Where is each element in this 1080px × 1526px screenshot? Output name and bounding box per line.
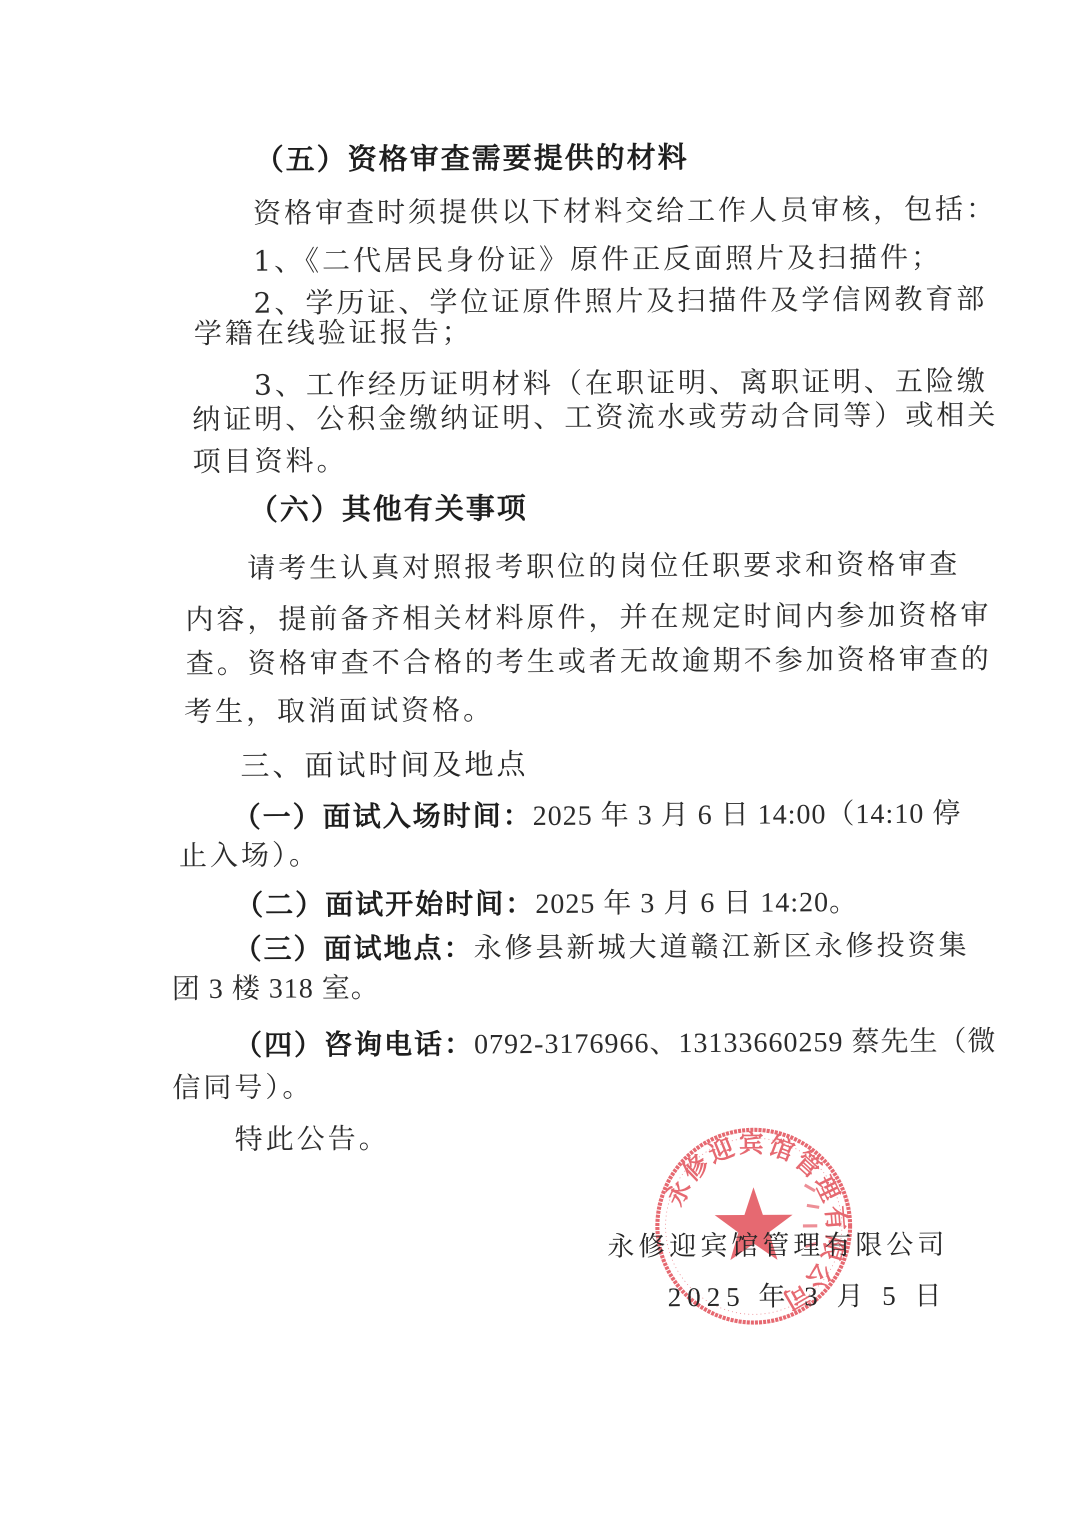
phone-line2: 信同号）。 [172,1067,313,1108]
phone-value: 0792-3176966、13133660259 蔡先生（微 [474,1026,997,1060]
entry-time-label: （一）面试入场时间： [233,799,533,834]
location-value: 永修县新城大道赣江新区永修投资集 [473,928,969,964]
location-line2: 团 3 楼 318 室。 [172,969,380,1010]
entry-time-value: 2025 年 3 月 6 日 14:00（14:10 停 [533,798,962,832]
location-label: （三）面试地点： [233,931,473,965]
phone-label: （四）咨询电话： [234,1027,474,1061]
closing-text: 特此公告。 [235,1119,390,1160]
start-time-label: （二）面试开始时间： [235,887,535,922]
section5-item-2-line2: 学籍在线验证报告； [194,312,473,354]
section5-item-3-line2: 纳证明、公积金缴纳证明、工资流水或劳动合同等）或相关 [192,395,998,440]
document-page: （五）资格审查需要提供的材料 资格审查时须提供以下材料交给工作人员审核，包括： … [0,0,1080,1526]
section5-item-3-line3: 项目资料。 [192,441,347,482]
section5-item-1: 1、《二代居民身份证》原件正反面照片及扫描件； [253,238,942,282]
start-time-value: 2025 年 3 月 6 日 14:20。 [535,887,858,920]
section5-heading: （五）资格审查需要提供的材料 [255,137,689,180]
section5-intro: 资格审查时须提供以下材料交给工作人员审核，包括： [253,189,997,234]
section6-line-3: 查。资格审查不合格的考生或者无故逾期不参加资格审查的 [186,639,992,684]
location-row: （三）面试地点：永修县新城大道赣江新区永修投资集 [233,925,969,969]
part3-heading: 三、面试时间及地点 [240,744,528,786]
section6-line-2: 内容，提前备齐相关材料原件，并在规定时间内参加资格审 [185,595,991,640]
signature-company: 永修迎宾馆管理有限公司 [607,1228,948,1266]
section6-line-1: 请考生认真对照报考职位的岗位任职要求和资格审查 [247,544,960,588]
start-time-row: （二）面试开始时间：2025 年 3 月 6 日 14:20。 [235,882,858,927]
section6-line-4: 考生，取消面试资格。 [184,690,494,732]
entry-time-row: （一）面试入场时间：2025 年 3 月 6 日 14:00（14:10 停 [233,793,962,838]
entry-time-line2: 止入场）。 [179,835,320,876]
section6-heading: （六）其他有关事项 [249,488,528,530]
signature-date: 2025 年 3 月 5 日 [668,1278,948,1316]
phone-row: （四）咨询电话：0792-3176966、13133660259 蔡先生（微 [234,1021,997,1067]
